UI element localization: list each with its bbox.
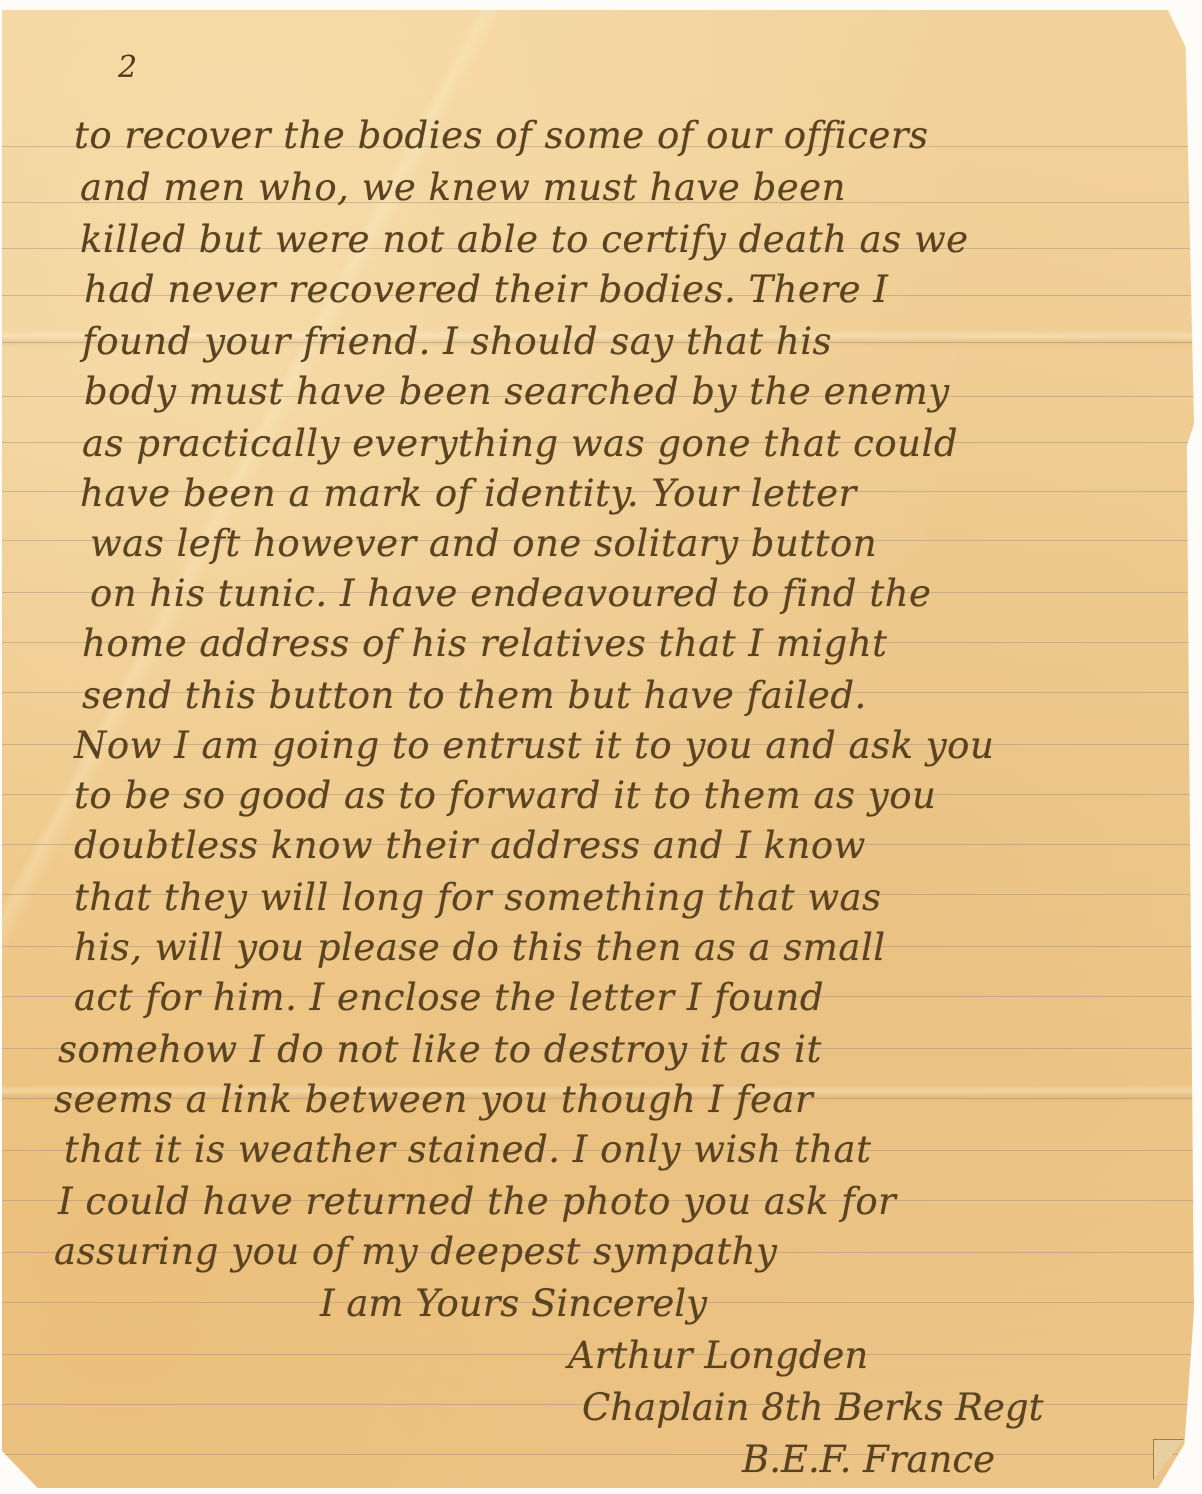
letter-line: and men who, we knew must have been [80,166,846,209]
letter-line: Now I am going to entrust it to you and … [74,724,994,767]
letter-closing: I am Yours Sincerely [320,1282,707,1325]
letter-line: home address of his relatives that I mig… [82,622,888,665]
letter-line: send this button to them but have failed… [82,674,867,717]
signature-location: B.E.F. France [742,1438,995,1481]
letter-line: had never recovered their bodies. There … [84,268,888,311]
letter-line: on his tunic. I have endeavoured to find… [90,572,931,615]
letter-line: was left however and one solitary button [90,522,877,565]
letter-line: that they will long for something that w… [74,876,882,919]
letter-line: found your friend. I should say that his [82,320,832,363]
signature-title: Chaplain 8th Berks Regt [582,1386,1043,1429]
rule-line [2,1454,1194,1455]
letter-line: assuring you of my deepest sympathy [54,1230,777,1273]
signature-name: Arthur Longden [568,1334,868,1377]
letter-line: to recover the bodies of some of our off… [74,114,929,157]
letter-line: seems a link between you though I fear [54,1078,813,1121]
page-number: 2 [118,50,137,85]
letter-line: I could have returned the photo you ask … [58,1180,896,1223]
letter-line: as practically everything was gone that … [82,422,958,465]
letter-page: 2 to recover the bodies of some of our o… [2,10,1194,1488]
letter-line: that it is weather stained. I only wish … [64,1128,871,1171]
letter-line: somehow I do not like to destroy it as i… [58,1028,822,1071]
letter-line: body must have been searched by the enem… [84,370,950,413]
letter-line: have been a mark of identity. Your lette… [80,472,857,515]
letter-line: his, will you please do this then as a s… [74,926,886,969]
letter-line: act for him. I enclose the letter I foun… [74,976,824,1019]
letter-line: killed but were not able to certify deat… [80,218,969,261]
letter-line: to be so good as to forward it to them a… [74,774,936,817]
letter-line: doubtless know their address and I know [74,824,866,867]
